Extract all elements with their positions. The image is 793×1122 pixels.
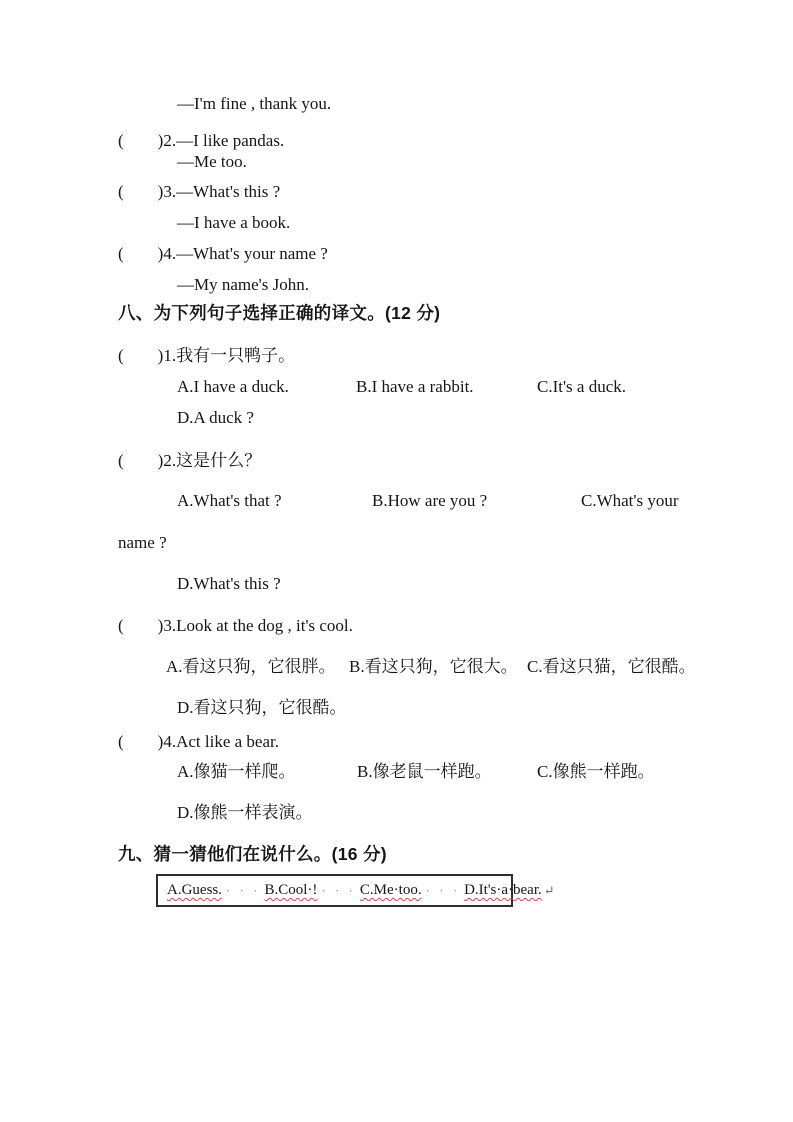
- option-a: A.像猫一样爬。: [177, 761, 296, 782]
- dialogue-line: ( )4.—What's your name ?: [118, 243, 328, 264]
- word-bank-box: A.Guess. · · · B.Cool·! · · · C.Me·too. …: [156, 874, 513, 907]
- question-stem: ( )4.Act like a bear.: [118, 731, 279, 752]
- exam-page: —I'm fine , thank you. ( )2.—I like pand…: [0, 0, 793, 1122]
- option-b: B.看这只狗，它很大。: [349, 656, 518, 677]
- option-a: A.看这只狗，它很胖。: [166, 656, 336, 677]
- option-c: C.It's a duck.: [537, 376, 626, 397]
- question-stem: ( )3.Look at the dog , it's cool.: [118, 615, 353, 636]
- space-marks: · · ·: [321, 883, 356, 899]
- space-marks: · · ·: [226, 883, 261, 899]
- return-mark-icon: ↵: [544, 883, 555, 899]
- option-c: C.看这只猫，它很酷。: [527, 656, 696, 677]
- option-a: A.What's that ?: [177, 490, 282, 511]
- dialogue-line: —I'm fine , thank you.: [177, 93, 331, 114]
- question-stem: ( )2.这是什么？: [118, 450, 261, 471]
- word-bank-item-b: B.Cool·!: [265, 882, 318, 899]
- option-a: A.I have a duck.: [177, 376, 289, 397]
- section-heading-9: 九、猜一猜他们在说什么。(16 分): [118, 844, 387, 865]
- space-marks: · · ·: [426, 883, 461, 899]
- word-bank-item-d: D.It's·a·bear.: [464, 882, 542, 899]
- option-b: B.How are you ?: [372, 490, 487, 511]
- option-c-wrap: name ?: [118, 532, 167, 553]
- dialogue-line: ( )3.—What's this ?: [118, 181, 280, 202]
- option-d: D.看这只狗，它很酷。: [177, 697, 347, 718]
- section-heading-8: 八、为下列句子选择正确的译文。(12 分): [118, 303, 440, 324]
- dialogue-line: —I have a book.: [177, 212, 290, 233]
- dialogue-line: —Me too.: [177, 151, 247, 172]
- word-bank-item-a: A.Guess.: [167, 882, 222, 899]
- dialogue-line: ( )2.—I like pandas.: [118, 130, 284, 151]
- option-d: D.A duck ?: [177, 407, 254, 428]
- dialogue-line: —My name's John.: [177, 274, 309, 295]
- question-stem: ( )1.我有一只鸭子。: [118, 345, 295, 366]
- option-c: C.像熊一样跑。: [537, 761, 655, 782]
- option-d: D.像熊一样表演。: [177, 802, 313, 823]
- option-b: B.I have a rabbit.: [356, 376, 474, 397]
- option-c: C.What's your: [581, 490, 679, 511]
- option-b: B.像老鼠一样跑。: [357, 761, 492, 782]
- word-bank-item-c: C.Me·too.: [360, 882, 422, 899]
- option-d: D.What's this ?: [177, 573, 281, 594]
